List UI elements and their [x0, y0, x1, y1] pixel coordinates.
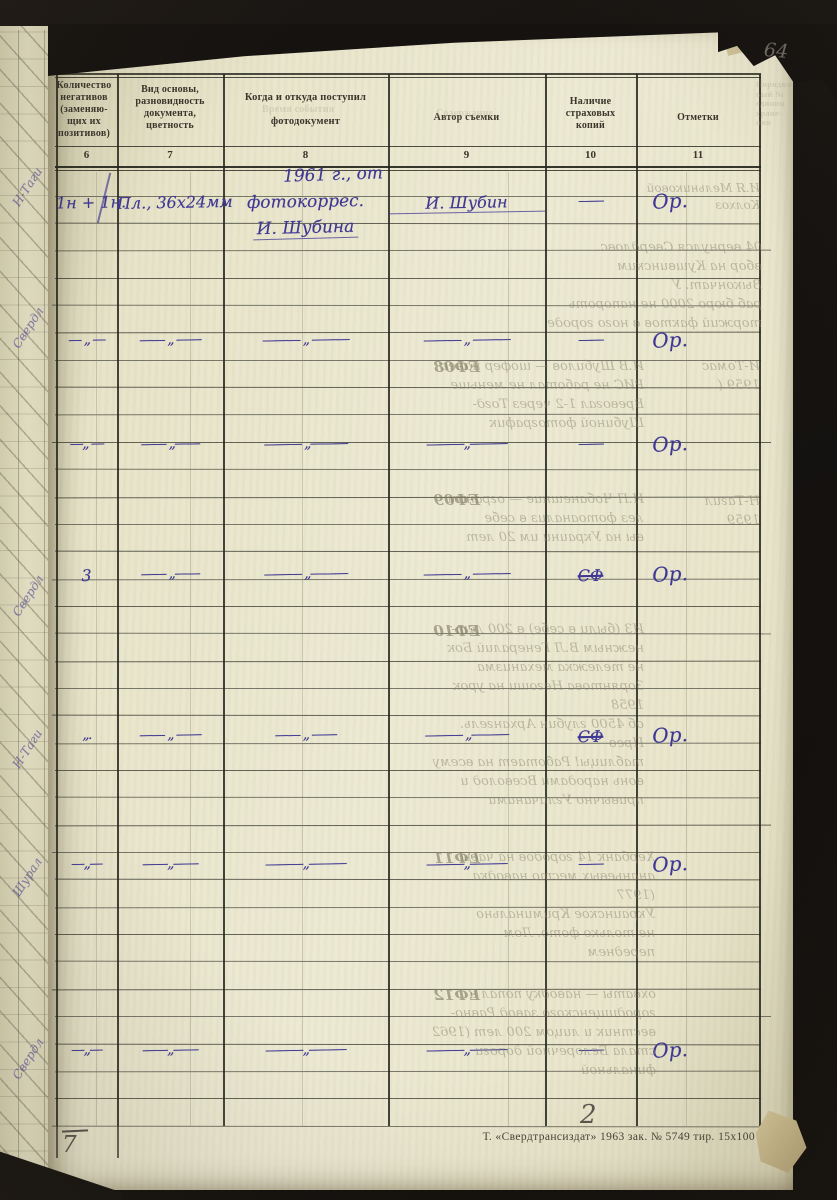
- bleed-column-line: [190, 172, 191, 1126]
- entry-cell-c7-row4: —— „——: [117, 565, 223, 583]
- entry-cell-c6-row4: 3: [56, 565, 117, 585]
- scan-canvas: Количество негативов (заменяю- щих их по…: [0, 0, 837, 1200]
- bleedthrough-text: ИЗ (были в себе) в 200 лет- нежным В.Л Г…: [428, 620, 644, 810]
- ruled-line: [55, 934, 761, 935]
- bleedthrough-code: ЕФ08: [438, 358, 480, 376]
- table-layer: Количество негативов (заменяю- щих их по…: [0, 0, 837, 1200]
- bleedthrough-text: 04 вернулся Свердловс. вбор на Кушвински…: [540, 238, 762, 333]
- column-line: [56, 74, 58, 1126]
- ruled-line: [55, 770, 761, 771]
- bleedthrough-text: И-Томас 1959 (: [648, 357, 760, 395]
- entry-cell-c9-row1: И. Шубин: [388, 192, 545, 215]
- entry-cell-c9-row4: ——— „ ———: [388, 565, 545, 584]
- ruled-line: [55, 961, 761, 963]
- ruled-line: [55, 906, 761, 908]
- ruled-line: [52, 715, 761, 717]
- entry-cell-c8-row5: —— „ ——: [223, 726, 388, 745]
- ruled-line: [55, 1098, 761, 1099]
- margin-note: Н-Таги: [10, 713, 54, 771]
- printed-bleedthrough: Содержание: [436, 108, 546, 119]
- entry-cell-c8-date: 1961 г., от: [278, 163, 389, 187]
- entry-cell-c8-row6: ———„———: [223, 855, 388, 874]
- pencil-page-number: 64: [763, 39, 789, 63]
- bleed-column-line: [302, 172, 303, 1126]
- entry-cell-c7-row2: —— „ ——: [117, 331, 223, 349]
- column-header-10: Наличие страховых копий: [547, 96, 634, 132]
- header-bottom-line: [55, 166, 761, 168]
- entry-cell-c6-row2: — „ —: [56, 331, 117, 348]
- ruled-line: [55, 414, 761, 416]
- entry-cell-c8-row3: ——— „———: [223, 435, 388, 454]
- ruled-line: [55, 797, 761, 799]
- entry-cell-c11-row4: Ор.: [639, 560, 700, 587]
- imprint-line: Т. «Свердтрансиздат» 1963 зак. № 5749 ти…: [483, 1131, 755, 1143]
- entry-cell-c8-source: фотокоррес.: [223, 191, 388, 214]
- entry-cell-c10-row2: ——: [545, 331, 636, 349]
- column-line: [759, 74, 761, 1126]
- entry-cell-c9-row3: ———„———: [388, 435, 545, 454]
- header-separator: [55, 146, 761, 147]
- margin-note: Свердл: [10, 293, 54, 351]
- column-number-7: 7: [117, 149, 223, 161]
- entry-cell-c7-row6: ——„——: [117, 855, 223, 873]
- entry-cell-c11-row3: Ор.: [639, 430, 700, 457]
- entry-cell-c7-row1: Пл., 36х24мм: [117, 192, 223, 213]
- margin-note: Шурал: [10, 841, 54, 899]
- column-line: [545, 74, 547, 1126]
- entry-cell-c7-row5: —— „ ——: [117, 726, 223, 744]
- column-line: [117, 74, 119, 1126]
- entry-cell-c11-row5: Ор.: [639, 721, 700, 748]
- ruled-line: [52, 1125, 761, 1127]
- pencil-mark: 2: [580, 1100, 597, 1130]
- column-number-6: 6: [56, 149, 117, 161]
- column-line: [636, 74, 638, 1126]
- entry-cell-c8-row2: ——— „ ———: [223, 331, 388, 350]
- margin-note: Свердл: [10, 561, 54, 619]
- entry-cell-c6-row3: —„ —: [56, 435, 117, 452]
- ruled-line: [55, 688, 761, 689]
- ruled-line: [55, 223, 761, 225]
- entry-cell-c7-row7: ——„——: [117, 1041, 223, 1059]
- table-top-line-2: [55, 77, 761, 78]
- entry-cell-c6-row7: —„—: [56, 1041, 117, 1058]
- entry-cell-c6-row5: „.: [56, 726, 117, 743]
- margin-note: Н-Таги: [10, 151, 54, 209]
- entry-cell-c6-row1: 1н + 1н.: [56, 192, 117, 212]
- column-header-11: Отметки: [638, 112, 758, 124]
- pencil-sheet-number: 7: [62, 1128, 77, 1158]
- column-line: [223, 74, 225, 1126]
- column-number-10: 10: [545, 149, 636, 161]
- entry-cell-c8-source-2: И. Шубина: [253, 217, 359, 241]
- column-header-6: Количество негативов (заменяю- щих их по…: [53, 80, 115, 140]
- ruled-line: [55, 824, 771, 826]
- entry-cell-c8-row7: ———„———: [223, 1041, 388, 1060]
- entry-cell-c9-row2: ——— „ ———: [388, 331, 545, 350]
- ruled-line: [55, 660, 761, 662]
- entry-cell-c7-row3: —— „——: [117, 435, 223, 453]
- entry-cell-c10-row3: ——: [545, 435, 636, 453]
- ruled-line: [55, 606, 761, 607]
- bleedthrough-text: Н-Тагил 1959: [650, 492, 760, 530]
- ruled-line: [55, 1016, 771, 1017]
- ruled-line: [55, 551, 761, 553]
- entry-cell-c6-row6: —„—: [56, 855, 117, 872]
- bleedthrough-code: ЕФ11: [438, 849, 480, 867]
- ruled-line: [55, 469, 761, 471]
- bleed-column-line: [96, 172, 97, 1126]
- bleedthrough-code: ЕФ12: [438, 986, 480, 1004]
- header-bottom-line-2: [55, 170, 761, 171]
- ruled-line: [55, 879, 761, 881]
- bleedthrough-code: ЕФ10: [438, 622, 480, 640]
- scanned-archive-register-page: { "page": { "page_number": "64", "sheet_…: [0, 0, 837, 1200]
- column-line-tail: [117, 1126, 119, 1158]
- column-number-8: 8: [223, 149, 388, 161]
- ruled-line: [55, 633, 771, 635]
- column-header-7: Вид основы, разновидность документа, цве…: [119, 84, 221, 132]
- entry-cell-c8-row4: ——— „———: [223, 565, 388, 584]
- column-line: [388, 74, 390, 1126]
- margin-note: Свердл: [10, 1024, 54, 1082]
- column-number-9: 9: [388, 149, 545, 161]
- printed-bleedthrough: Порядко- вый № единиц хране- ния: [756, 80, 837, 128]
- printed-bleedthrough: Время события: [262, 104, 372, 115]
- column-number-11: 11: [636, 149, 760, 161]
- table-top-line: [55, 73, 761, 75]
- bleedthrough-text: И.Я Мельниковой Колхоз: [605, 180, 760, 214]
- bleedthrough-code: ЕФ09: [438, 491, 480, 509]
- entry-cell-c10-row4: СФ: [545, 565, 636, 586]
- column-line-tail: [56, 1126, 58, 1158]
